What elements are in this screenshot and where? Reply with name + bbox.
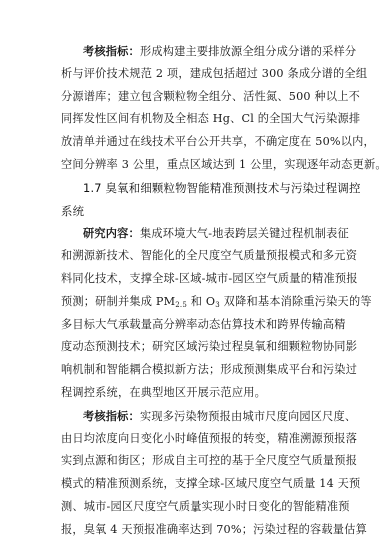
paragraph-line: 同挥发性区间有机物及全相态 Hg、Cl 的全国大气污染源排: [61, 108, 331, 131]
paragraph-line: 分源谱库；建立包含颗粒物全组分、活性氮、500 种以上不: [61, 86, 331, 109]
paragraph-text: 形成构建主要排放源全组分成分谱的采样分: [140, 45, 356, 58]
pm-subscript: 2.5: [175, 301, 187, 309]
paragraph-line: 预测；研制并集成 PM2.5 和 O3 双降和基本消除重污染天的等: [61, 291, 331, 314]
paragraph-line: 实到点源和街区；形成自主可控的基于全尺度空气质量预报: [61, 450, 331, 473]
document-body: 考核指标：形成构建主要排放源全组分成分谱的采样分 析与评价技术规范 2 项，建成…: [61, 40, 331, 542]
assessment-label: 考核指标：: [83, 409, 140, 423]
paragraph-line: 报，臭氧 4 天预报准确率达到 70%；污染过程的容载量估算: [61, 519, 331, 542]
paragraph-line: 析与评价技术规范 2 项，建成包括超过 300 条成分谱的全组: [61, 63, 331, 86]
section-title: 臭氧和细颗粒物智能精准预测技术与污染过程调控: [106, 181, 361, 195]
paragraph-line: 空间分辨率 3 公里，重点区域达到 1 公里，实现逐年动态更新。: [61, 154, 331, 177]
document-page: 考核指标：形成构建主要排放源全组分成分谱的采样分 析与评价技术规范 2 项，建成…: [0, 0, 390, 551]
pm-text: PM: [156, 295, 175, 308]
page-number: 8: [0, 508, 390, 514]
assessment-label: 考核指标：: [83, 44, 140, 58]
paragraph-text: 实现多污染物预报由城市尺度向园区尺度、: [140, 410, 356, 423]
text-segment: 和 O: [187, 295, 215, 308]
paragraph-line: 度动态预测技术；研究区域污染过程臭氧和细颗粒物协同影: [61, 336, 331, 359]
paragraph-line: 多目标大气承载量高分辨率动态估算技术和跨界传输高精: [61, 314, 331, 337]
paragraph-line: 考核指标：实现多污染物预报由城市尺度向园区尺度、: [61, 405, 331, 428]
paragraph-line: 放清单并通过在线技术平台公开共享，不确定度在 50%以内，: [61, 131, 331, 154]
text-segment: 双降和基本消除重污染天的等: [220, 295, 372, 308]
paragraph-line: 和溯源新技术、智能化的全尺度空气质量预报模式和多元资: [61, 245, 331, 268]
paragraph-text: 集成环境大气-地表跨层关键过程机制表征: [140, 227, 349, 240]
paragraph-line: 研究内容：集成环境大气-地表跨层关键过程机制表征: [61, 222, 331, 245]
section-heading: 1.7 臭氧和细颗粒物智能精准预测技术与污染过程调控: [61, 177, 331, 200]
section-heading-continued: 系统: [61, 200, 331, 223]
paragraph-line: 考核指标：形成构建主要排放源全组分成分谱的采样分: [61, 40, 331, 63]
paragraph-line: 响机制和智能耦合模拟新方法；形成预测集成平台和污染过: [61, 359, 331, 382]
paragraph-line: 模式的精准预测系统，支撑全球-区域尺度空气质量 14 天预: [61, 473, 331, 496]
section-number: 1.7: [83, 181, 102, 195]
research-label: 研究内容：: [83, 226, 140, 240]
text-segment: 预测；研制并集成: [61, 295, 156, 308]
paragraph-line: 程调控系统，在典型地区开展示范应用。: [61, 382, 331, 405]
paragraph-line: 由日均浓度向日变化小时峰值预报的转变，精准溯源预报落: [61, 428, 331, 451]
paragraph-line: 料同化技术，支撑全球-区域-城市-园区空气质量的精准预报: [61, 268, 331, 291]
